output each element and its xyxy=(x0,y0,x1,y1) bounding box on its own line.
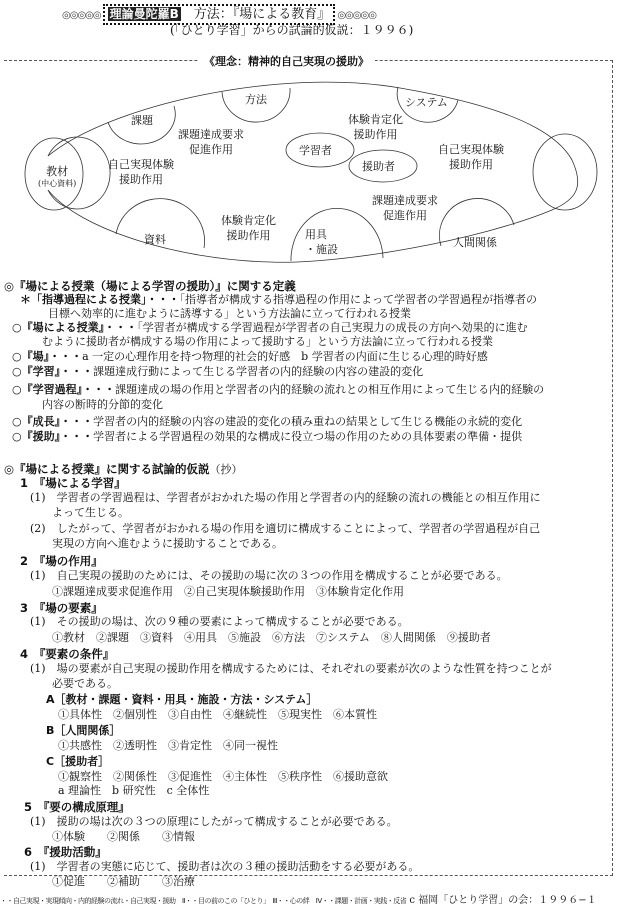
definition-item: ○『学習過程』・・・課題達成の場の作用と学習者の内的経験の流れとの相互作用によっ… xyxy=(12,382,544,397)
function-line: 自己実現体験 xyxy=(438,142,504,157)
definition-text: a 一定の心理作用を持つ物理的社会的好感 b 学習者の内面に生じる心理的時好感 xyxy=(82,350,488,363)
function-taiken-kotei-top: 体験肯定化 援助作用 xyxy=(348,112,403,142)
bullet: ○ xyxy=(12,321,22,334)
separator: ・・・ xyxy=(60,365,93,378)
paragraph: (1) 自己実現の援助のためには、その援助の場に次の３つの作用を構成することが必… xyxy=(30,568,508,583)
footer-series: ・・自己実現・実現傾向・内的経験の流れ・自己実現・援助 Ⅱ・・目の前のこの「ひと… xyxy=(0,897,406,905)
function-line: 課題達成要求 xyxy=(178,127,244,142)
bullet: ○ xyxy=(12,415,22,428)
function-kadai-tassei: 課題達成要求 促進作用 xyxy=(178,127,244,157)
function-line: 促進作用 xyxy=(178,142,244,157)
definition-text: 課題達成の場の作用と学習者の内的経験の流れとの相互作用によって生じる内的経験の xyxy=(115,383,544,396)
element-list: ①課題達成要求促進作用 ②自己実現体験援助作用 ③体験肯定化作用 xyxy=(52,584,404,599)
condition-group-a-title: A［教材・課題・資料・用具・施設・方法・システム］ xyxy=(46,692,317,707)
bullet: ○ xyxy=(12,383,22,396)
function-line: 課題達成要求 xyxy=(372,193,438,208)
node-ningen-kankei: 人間関係 xyxy=(453,235,497,250)
function-line: 援助作用 xyxy=(108,172,174,187)
definition-text-continued: 内容の断時的分節的変化 xyxy=(42,397,163,412)
hypotheses-heading-note: （抄） xyxy=(210,463,243,476)
definition-item: ○『学習』・・・課題達成行動によって生じる学習者の内的経験の内容の建設的変化 xyxy=(12,364,423,379)
bullet: ＊ xyxy=(20,293,31,306)
title-decoration-right: ◎◎◎◎◎ xyxy=(337,10,376,21)
paragraph-number: (1) xyxy=(30,662,46,675)
paragraph-number: (1) xyxy=(30,569,46,582)
section-number: 3 xyxy=(20,601,28,615)
paragraph: (1) 場の要素が自己実現の援助作用を構成するためには、それぞれの要素が次のよう… xyxy=(30,661,552,676)
node-yogu-shisetsu: 用具 ・施設 xyxy=(305,227,338,257)
paragraph: (2) したがって、学習者がおかれる場の作用を適切に構成することによって、学習者… xyxy=(30,521,540,536)
paragraph-number: (1) xyxy=(30,615,46,628)
bullet: ○ xyxy=(12,365,22,378)
title-decoration-left: ◎◎◎◎◎ xyxy=(62,10,101,21)
element-list: ①促進 ②補助 ③治療 xyxy=(52,874,195,889)
paragraph: (1) 援助の場は次の３つの原理にしたがって構成することが必要である。 xyxy=(30,814,398,829)
separator: ・・・ xyxy=(82,383,115,396)
condition-group-c-list2: a 理論性 b 研究性 c 全体性 xyxy=(58,783,209,798)
definition-text: 「学習者が構成する学習過程が学習者の自己実現力の成長の方向へ効果的に進む xyxy=(137,321,528,334)
paragraph-text: 援助の場は次の３つの原理にしたがって構成することが必要である。 xyxy=(57,815,398,828)
separator: ・・・ xyxy=(147,293,180,306)
section-1-heading: 1 『場による学習』 xyxy=(20,475,126,491)
function-line: 援助作用 xyxy=(348,127,403,142)
node-kyozai-sublabel: (中心資料) xyxy=(38,179,76,189)
bullet: ○ xyxy=(12,350,22,363)
paragraph-text: 場の要素が自己実現の援助作用を構成するためには、それぞれの要素が次のような性質を… xyxy=(57,662,552,675)
paragraph-continued: 必要である。 xyxy=(52,676,118,691)
section-title: 『要素の条件』 xyxy=(40,647,115,661)
definition-text-continued: むように援助者が構成する場の作用によって援助する」という方法論に立って行われる授… xyxy=(42,334,493,349)
node-kyozai: 教材 (中心資料) xyxy=(38,164,76,189)
paragraph-continued: 実現の方向へ進むように援助することである。 xyxy=(52,536,283,551)
section-number: 1 xyxy=(20,476,28,490)
node-hoho: 方法 xyxy=(245,92,267,107)
definition-term: 『学習』 xyxy=(22,365,61,378)
node-yogu-label: 用具 xyxy=(305,227,338,242)
section-2-heading: 2 『場の作用』 xyxy=(20,553,103,569)
section-number: 5 xyxy=(24,800,32,814)
section-title: 『場の作用』 xyxy=(40,554,103,568)
section-title: 『援助活動』 xyxy=(44,845,107,859)
definition-text: 学習者による学習過程の効果的な構成に役立つ場の作用のための具体要素の準備・提供 xyxy=(93,430,522,443)
function-jiko-jitsugen-left: 自己実現体験 援助作用 xyxy=(108,157,174,187)
function-line: 促進作用 xyxy=(372,208,438,223)
node-shisetsu-label: ・施設 xyxy=(305,242,338,257)
paragraph-text: 自己実現の援助のためには、その援助の場に次の３つの作用を構成することが必要である… xyxy=(57,569,508,582)
paragraph: (1) 学習者の学習過程は、学習者がおかれた場の作用と学習者の内的経験の流れの機… xyxy=(30,490,541,505)
definition-term: 『学習過程』 xyxy=(22,383,83,396)
definition-text: 課題達成行動によって生じる学習者の内的経験の内容の建設的変化 xyxy=(93,365,423,378)
condition-group-c-list: ①観察性 ②関係性 ③促進性 ④主体性 ⑤秩序性 ⑥援助意欲 xyxy=(58,769,388,784)
definition-item: ＊「指導過程による授業」・・・「指導者が構成する指導過程の作用によって学習者の学… xyxy=(20,292,537,307)
section-number: 2 xyxy=(20,554,28,568)
title-main: 方法：『場による教育』 xyxy=(181,7,331,22)
definition-term: 『場』 xyxy=(22,350,50,363)
node-shiryo: 資料 xyxy=(144,232,166,247)
definition-text-continued: 目標へ効率的に進むように誘導する」という方法論に立って行われる授業 xyxy=(48,306,411,321)
paragraph-number: (1) xyxy=(30,491,46,504)
section-number: 6 xyxy=(24,845,32,859)
paragraph: (1) 学習者の実態に応じて、援助者は次の３種の援助活動をする必要がある。 xyxy=(30,859,419,874)
paragraph-text: 学習者の実態に応じて、援助者は次の３種の援助活動をする必要がある。 xyxy=(57,860,420,873)
section-title: 『場の要素』 xyxy=(40,601,103,615)
condition-group-b-list: ①共感性 ②透明性 ③肯定性 ④同一視性 xyxy=(58,738,278,753)
section-title: 『要の構成原理』 xyxy=(44,800,130,814)
node-kadai: 課題 xyxy=(131,113,153,128)
document-subtitle: (「ひとり学習」からの試論的仮説：１９９６) xyxy=(170,21,413,38)
element-list: ①教材 ②課題 ③資料 ④用具 ⑤施設 ⑥方法 ⑦システム ⑧人間関係 ⑨援助者 xyxy=(52,630,491,645)
definition-text: 「指導者が構成する指導過程の作用によって学習者の学習過程が指導者の xyxy=(180,293,538,306)
paragraph-text: 学習者の学習過程は、学習者がおかれた場の作用と学習者の内的経験の流れの機能との相… xyxy=(57,491,541,504)
definition-term: 『成長』 xyxy=(22,415,61,428)
function-line: 援助作用 xyxy=(438,157,504,172)
section-4-heading: 4 『要素の条件』 xyxy=(20,646,114,662)
paragraph: (1) その援助の場は、次の９種の要素によって構成することが必要である。 xyxy=(30,614,409,629)
separator: ・・・ xyxy=(60,415,93,428)
definition-term: 「指導過程による授業」 xyxy=(31,293,147,306)
hypotheses-heading-text: ◎『場による授業』に関する試論的仮説 xyxy=(4,462,210,476)
definition-term: 『場による授業』 xyxy=(22,321,105,334)
function-line: 自己実現体験 xyxy=(108,157,174,172)
element-list: ①体験 ②関係 ③情報 xyxy=(52,829,195,844)
section-6-heading: 6 『援助活動』 xyxy=(24,844,107,860)
paragraph-number: (2) xyxy=(30,522,46,535)
function-line: 体験肯定化 xyxy=(221,213,276,228)
section-number: 4 xyxy=(20,647,28,661)
condition-group-c-title: C［援助者］ xyxy=(46,754,109,769)
separator: ・・・ xyxy=(104,321,137,334)
function-kadai-tassei-bottom: 課題達成要求 促進作用 xyxy=(372,193,438,223)
node-system: システム xyxy=(405,95,448,110)
paragraph-text: その援助の場は、次の９種の要素によって構成することが必要である。 xyxy=(57,615,409,628)
definition-item: ○『場による授業』・・・「学習者が構成する学習過程が学習者の自己実現力の成長の方… xyxy=(12,320,528,335)
node-enjosha: 援助者 xyxy=(362,159,395,174)
paragraph-number: (1) xyxy=(30,860,46,873)
separator: ・・・ xyxy=(49,350,82,363)
definition-text: 学習者の内的経験の内容の建設的変化の積み重ねの結果として生じる機能の永続的変化 xyxy=(93,415,522,428)
paragraph-text: したがって、学習者がおかれる場の作用を適切に構成することによって、学習者の学習過… xyxy=(57,522,541,535)
function-jiko-jitsugen-right: 自己実現体験 援助作用 xyxy=(438,142,504,172)
separator: ・・・ xyxy=(60,430,93,443)
condition-group-b-title: B［人間関係］ xyxy=(46,723,120,738)
function-taiken-kotei-bottom: 体験肯定化 援助作用 xyxy=(221,213,276,243)
footer-copyright: c 福岡「ひとり学習」の会：１９９６−１ xyxy=(409,895,596,906)
paragraph-continued: よって生じる。 xyxy=(52,505,129,520)
definition-item: ○『成長』・・・学習者の内的経験の内容の建設的変化の積み重ねの結果として生じる機… xyxy=(12,414,522,429)
node-gakushusha: 学習者 xyxy=(299,143,332,158)
title-series: 理論曼陀羅B xyxy=(108,7,181,21)
function-line: 体験肯定化 xyxy=(348,112,403,127)
idea-label: 《理念：精神的自己実現の援助》 xyxy=(198,53,375,69)
section-5-heading: 5 『要の構成原理』 xyxy=(24,799,130,815)
function-line: 援助作用 xyxy=(221,228,276,243)
definition-item: ○『援助』・・・学習者による学習過程の効果的な構成に役立つ場の作用のための具体要… xyxy=(12,429,522,444)
condition-group-a-list: ①具体性 ②個別性 ③自由性 ④継続性 ⑤現実性 ⑥本質性 xyxy=(58,707,377,722)
definition-term: 『援助』 xyxy=(22,430,61,443)
node-kyozai-label: 教材 xyxy=(38,164,76,179)
definition-item: ○『場』・・・a 一定の心理作用を持つ物理的社会的好感 b 学習者の内面に生じる… xyxy=(12,349,488,364)
paragraph-number: (1) xyxy=(30,815,46,828)
footer: ・・自己実現・実現傾向・内的経験の流れ・自己実現・援助 Ⅱ・・目の前のこの「ひと… xyxy=(0,891,597,906)
bullet: ○ xyxy=(12,430,22,443)
section-title: 『場による学習』 xyxy=(40,476,126,490)
